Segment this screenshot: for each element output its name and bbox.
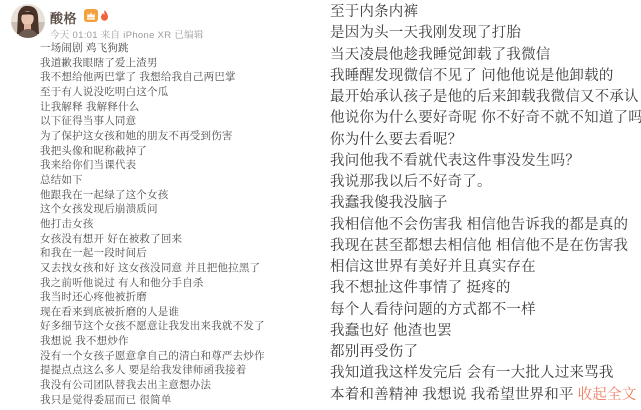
post-text-line: 我相信他不会伤害我 相信他告诉我的都是真的 (330, 215, 641, 236)
post-text-line: 当天凌晨他趁我睡觉卸载了我微信 (330, 45, 641, 66)
post-text-line: 相信这世界有美好并且真实存在 (330, 257, 641, 278)
collapse-full-text-link[interactable]: 收起全文 (578, 387, 637, 403)
post-text-line: 是因为头一天我刚发现了打胎 (330, 23, 641, 44)
post-text-line: 我睡醒发现微信不见了 问他他说是他卸载的 (330, 66, 641, 87)
post-text-line: 总结如下 (40, 173, 330, 188)
vip-badge (84, 8, 110, 22)
post-text-line: 我之前听他说过 有人和他分手自杀 (40, 276, 330, 291)
post-text-line: 他说你为什么要好奇呢 你不好奇不就不知道了吗 (330, 108, 641, 129)
post-text-line: 我蠢也好 他渣也罢 (330, 321, 641, 342)
post-text-line: 每个人看待问题的方式都不一样 (330, 300, 641, 321)
vip-crown-icon (84, 9, 98, 22)
post-text-line: 让我解释 我解释什么 (40, 100, 330, 115)
post-text-line: 我没有公司团队替我去出主意想办法 (40, 378, 330, 393)
post-text-line: 为了保护这女孩和她的朋友不再受到伤害 (40, 129, 330, 144)
avatar[interactable] (11, 4, 45, 38)
post-text-line: 他跟我在一起绿了这个女孩 (40, 188, 330, 203)
post-body-left-column: 一场闹剧 鸡飞狗跳我道歉我眼瞎了爱上渣男我不想给他两巴掌了 我想给我自己两巴掌至… (40, 41, 330, 407)
post-text-line: 这个女孩发现后崩溃质问 (40, 202, 330, 217)
post-text-line: 我当时还心疼他被折磨 (40, 290, 330, 305)
avatar-portrait (11, 4, 45, 38)
post-text-line: 没有一个女孩子愿意拿自己的清白和尊严去炒作 (40, 349, 330, 364)
post-text-line: 我说那我以后不好奇了。 (330, 172, 641, 193)
post-text-line: 又去找女孩和好 这女孩没同意 并且把他拉黑了 (40, 261, 330, 276)
post-text-line: 一场闹剧 鸡飞狗跳 (40, 41, 330, 56)
flame-icon (100, 10, 109, 21)
post-text-line: 都别再受伤了 (330, 342, 641, 363)
post-meta: 今天 01:01 来自 iPhone XR 已编辑 (50, 27, 204, 41)
post-text-line: 我把头像和昵称截掉了 (40, 144, 330, 159)
post-text-line: 我道歉我眼瞎了爱上渣男 (40, 56, 330, 71)
post-text-line: 我不想给他两巴掌了 我想给我自己两巴掌 (40, 70, 330, 85)
post-text-line: 至于有人说没吃明白这个瓜 (40, 85, 330, 100)
post-text-line: 我现在甚至都想去相信他 相信他不是在伤害我 (330, 236, 641, 257)
post-text-line: 至于内条内裤 (330, 2, 641, 23)
right-lines: 至于内条内裤是因为头一天我刚发现了打胎当天凌晨他趁我睡觉卸载了我微信我睡醒发现微… (330, 2, 641, 385)
post-text-line: 我知道我这样发完后 会有一大批人过来骂我 (330, 363, 641, 384)
post-last-line: 本着和善精神 我想说 我希望世界和平收起全文 (330, 385, 641, 406)
user-name[interactable]: 酸格 (50, 8, 77, 27)
post-text-line: 我蠢我傻我没脑子 (330, 193, 641, 214)
post-text-line: 以下征得当事人同意 (40, 114, 330, 129)
post-text-line: 我只是觉得委屈而已 很简单 (40, 393, 330, 408)
post-text-line: 和我在一起一段时间后 (40, 246, 330, 261)
post-text-line: 现在看来到底被折磨的人是谁 (40, 305, 330, 320)
weibo-post: 酸格 今天 01:01 来自 iPhone XR 已编辑 一场闹剧 鸡飞狗跳我道… (0, 0, 641, 410)
post-body-right-column: 至于内条内裤是因为头一天我刚发现了打胎当天凌晨他趁我睡觉卸载了我微信我睡醒发现微… (330, 2, 641, 406)
post-text-line: 我问他我不看就代表这件事没发生吗？ (330, 151, 641, 172)
post-text-line: 最开始承认孩子是他的后来卸载我微信又不承认 (330, 87, 641, 108)
post-text-line: 你为什么要去看呢？ (330, 130, 641, 151)
post-text-line: 我来给你们当课代表 (40, 158, 330, 173)
post-text-line: 我不想扯这件事情了 挺疼的 (330, 278, 641, 299)
post-text-line: 他打击女孩 (40, 217, 330, 232)
post-text-line: 我想说 我不想炒作 (40, 334, 330, 349)
post-text-line: 女孩没有想开 好在被救了回来 (40, 232, 330, 247)
last-line-text: 本着和善精神 我想说 我希望世界和平 (330, 387, 574, 403)
post-text-line: 好多细节这个女孩不愿意让我发出来我就不发了 (40, 319, 330, 334)
post-text-line: 提提点点这么多人 要是给我发律师函我接着 (40, 363, 330, 378)
